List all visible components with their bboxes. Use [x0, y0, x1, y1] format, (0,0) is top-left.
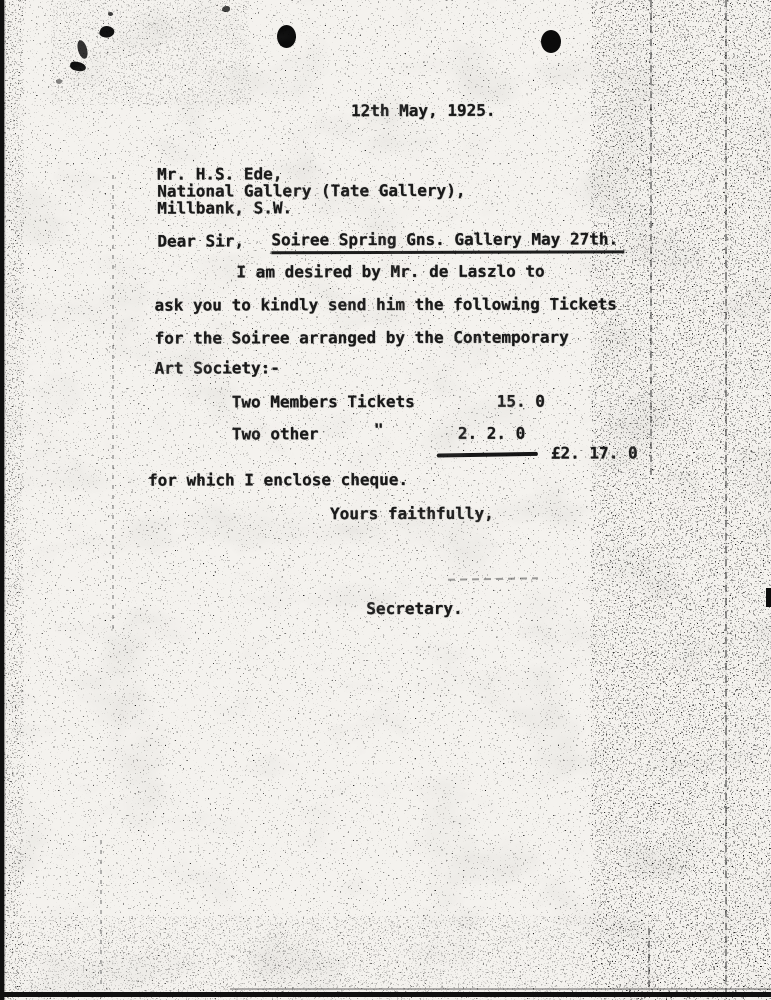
total-amount: £2. 17. 0 — [551, 443, 638, 463]
ticket-amount: 15. 0 — [497, 392, 545, 412]
punch-hole — [277, 25, 296, 48]
valediction: Yours faithfully, — [330, 504, 494, 524]
ditto-mark: " — [374, 420, 384, 440]
body-line: for the Soiree arranged by the Contempor… — [155, 328, 569, 349]
ticket-label: Two Members Tickets — [232, 392, 415, 412]
scanned-letter-page: 12th May, 1925. Mr. H.S. Ede, National G… — [0, 0, 771, 1000]
page-edge-left — [0, 0, 4, 1000]
ticket-amount: 2. 2. 0 — [458, 424, 525, 444]
ink-smudge — [108, 12, 113, 16]
signer-title: Secretary. — [366, 599, 462, 619]
edge-mark — [766, 588, 771, 607]
date-line: 12th May, 1925. — [351, 101, 496, 121]
body-line: Art Society:- — [155, 358, 280, 378]
sum-rule — [437, 452, 538, 458]
recipient-address-line: Millbank, S.W. — [157, 198, 292, 218]
subject-line: Soiree Spring Gns. Gallery May 27th. — [271, 229, 624, 254]
letter-content: 12th May, 1925. Mr. H.S. Ede, National G… — [0, 0, 771, 1000]
salutation: Dear Sir, — [157, 231, 244, 251]
enclosure-line: for which I enclose cheque. — [148, 470, 408, 491]
page-edge-shadow — [230, 988, 771, 990]
punch-hole — [541, 30, 561, 53]
ink-smudge — [56, 79, 62, 84]
body-line: I am desired by Mr. de Laszlo to — [236, 262, 544, 283]
ticket-label: Two other — [232, 424, 319, 444]
ink-smudge — [222, 6, 230, 12]
page-edge-bottom — [0, 992, 771, 997]
body-line: ask you to kindly send him the following… — [154, 294, 616, 315]
